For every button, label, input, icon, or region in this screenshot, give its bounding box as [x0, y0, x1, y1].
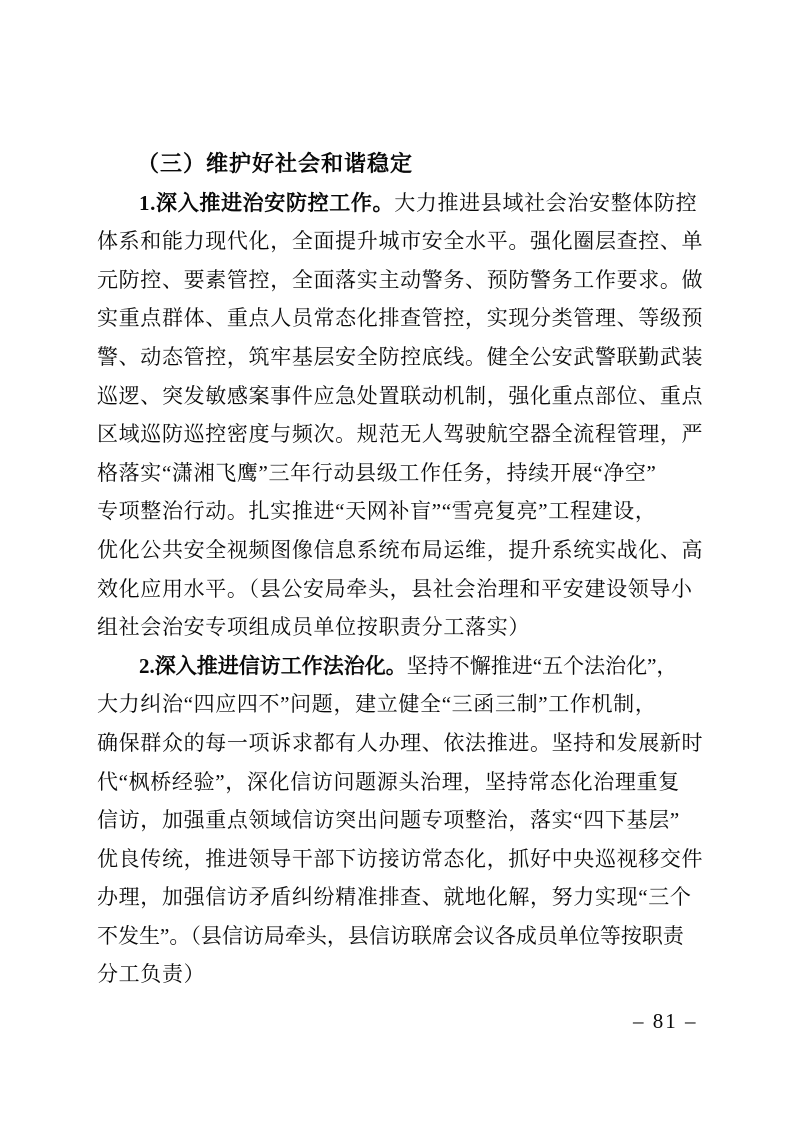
paragraph-2-lead: 2.深入推进信访工作法治化。: [139, 654, 407, 678]
text-line: 专项整治行动。扎实推进“天网补盲”“雪亮复亮”工程建设，: [97, 492, 709, 531]
text-line: 效化应用水平。（县公安局牵头，县社会治理和平安建设领导小: [97, 570, 709, 609]
text-line: 元防控、要素管控，全面落实主动警务、预防警务工作要求。做: [97, 261, 709, 300]
text-line: 格落实“潇湘飞鹰”三年行动县级工作任务，持续开展“净空”: [97, 454, 709, 493]
page-number: – 81 –: [633, 1009, 698, 1034]
text-line: 警、动态管控，筑牢基层安全防控底线。健全公安武警联勤武装: [97, 338, 709, 377]
paragraph-2-lead-line-rest: 坚持不懈推进“五个法治化”，: [407, 654, 678, 678]
text-line: 确保群众的每一项诉求都有人办理、依法推进。坚持和发展新时: [97, 724, 709, 763]
text-line: 组社会治安专项组成员单位按职责分工落实）: [97, 608, 709, 647]
text-line: 体系和能力现代化，全面提升城市安全水平。强化圈层查控、单: [97, 222, 709, 261]
text-line: 代“枫桥经验”，深化信访问题源头治理，坚持常态化治理重复: [97, 763, 709, 802]
document-content: （三）维护好社会和谐稳定 1.深入推进治安防控工作。大力推进县域社会治安整体防控…: [97, 145, 709, 994]
text-line: 实重点群体、重点人员常态化排查管控，实现分类管理、等级预: [97, 299, 709, 338]
paragraph-1-lead: 1.深入推进治安防控工作。: [139, 191, 394, 215]
section-heading: （三）维护好社会和谐稳定: [97, 145, 709, 184]
text-line: 2.深入推进信访工作法治化。坚持不懈推进“五个法治化”，: [97, 647, 709, 686]
text-line: 大力纠治“四应四不”问题，建立健全“三函三制”工作机制，: [97, 685, 709, 724]
text-line: 1.深入推进治安防控工作。大力推进县域社会治安整体防控: [97, 184, 709, 223]
text-line: 巡逻、突发敏感案事件应急处置联动机制，强化重点部位、重点: [97, 377, 709, 416]
text-line: 办理，加强信访矛盾纠纷精准排查、就地化解，努力实现“三个: [97, 878, 709, 917]
text-line: 优良传统，推进领导干部下访接访常态化，抓好中央巡视移交件: [97, 840, 709, 879]
paragraph-1: 1.深入推进治安防控工作。大力推进县域社会治安整体防控 体系和能力现代化，全面提…: [97, 184, 709, 647]
text-line: 信访，加强重点领域信访突出问题专项整治，落实“四下基层”: [97, 801, 709, 840]
text-line: 区域巡防巡控密度与频次。规范无人驾驶航空器全流程管理，严: [97, 415, 709, 454]
text-line: 分工负责）: [97, 955, 709, 994]
paragraph-2: 2.深入推进信访工作法治化。坚持不懈推进“五个法治化”， 大力纠治“四应四不”问…: [97, 647, 709, 994]
document-page: （三）维护好社会和谐稳定 1.深入推进治安防控工作。大力推进县域社会治安整体防控…: [0, 0, 793, 1122]
paragraph-1-lead-line-rest: 大力推进县域社会治安整体防控: [394, 191, 697, 215]
text-line: 不发生”。（县信访局牵头，县信访联席会议各成员单位等按职责: [97, 917, 709, 956]
text-line: 优化公共安全视频图像信息系统布局运维，提升系统实战化、高: [97, 531, 709, 570]
